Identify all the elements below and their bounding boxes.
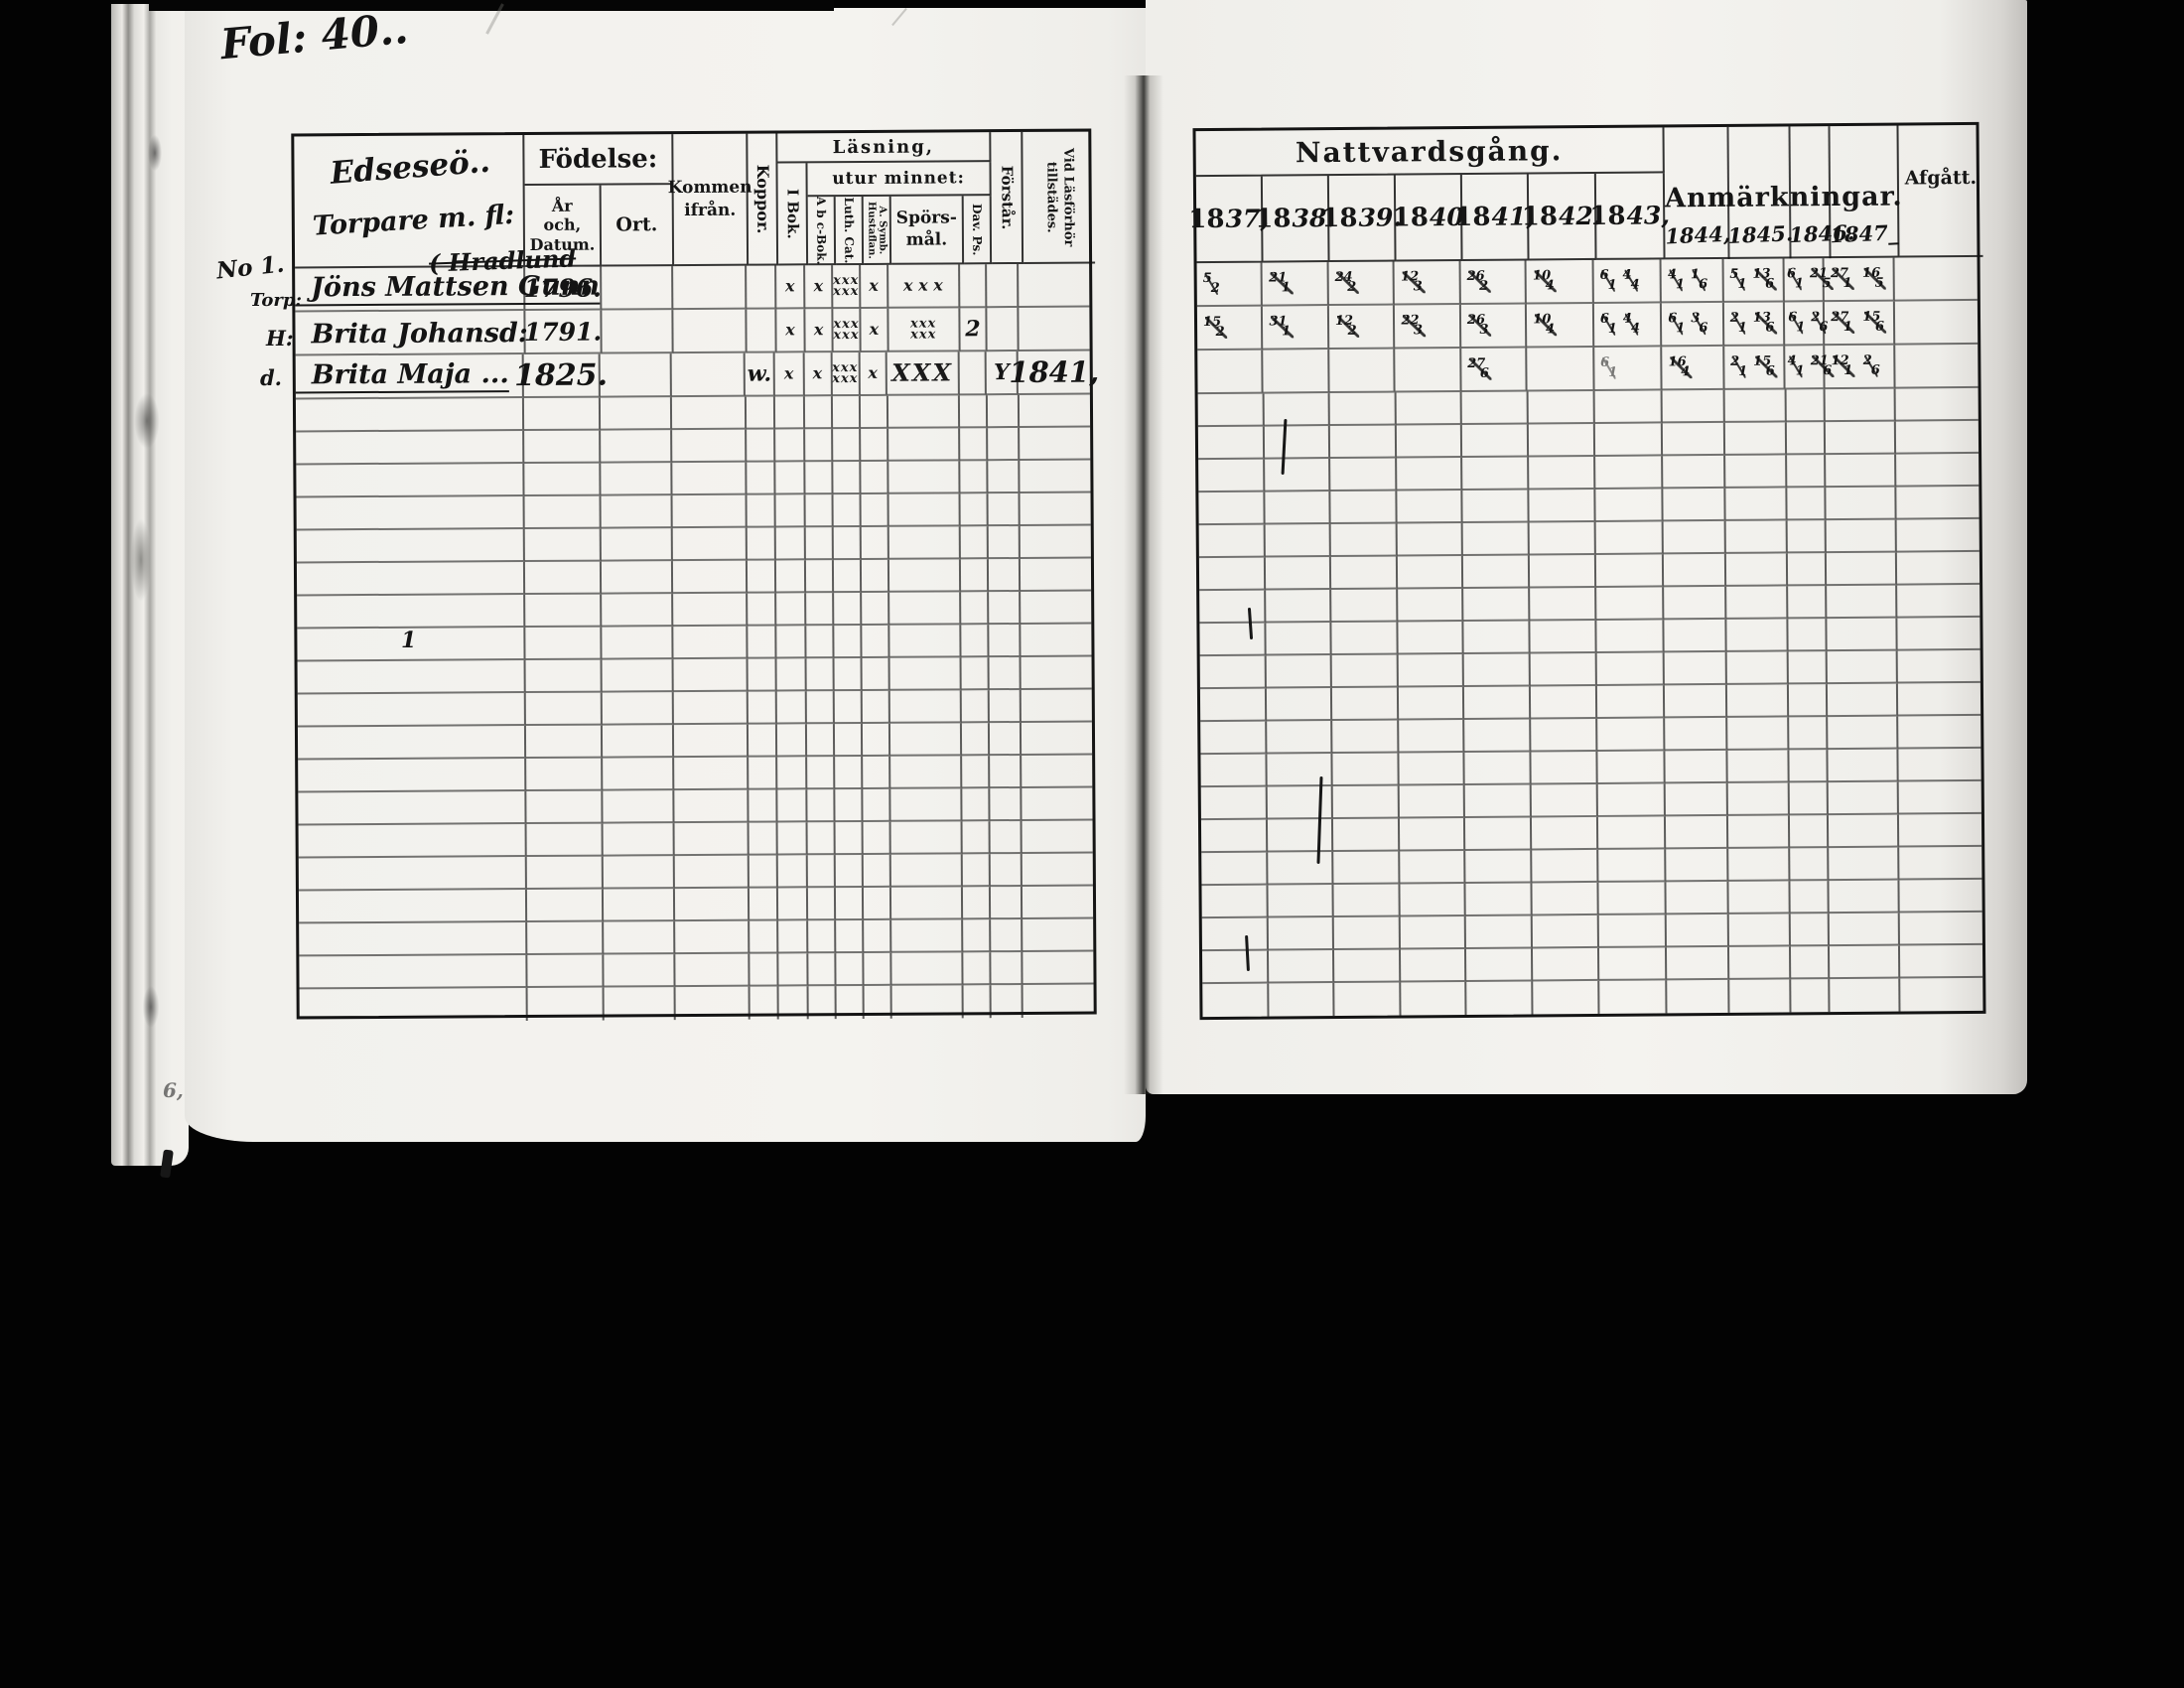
grid-cell-afgatt <box>1895 345 1979 389</box>
grid-cell-y1841 <box>1466 981 1533 1015</box>
grid-cell-y1841 <box>1464 719 1531 753</box>
grid-cell-dav <box>960 395 988 428</box>
grid-cell-y1841 <box>1464 752 1531 785</box>
grid-cell-y1839 <box>1334 983 1401 1017</box>
grid-cell-ibok <box>776 560 806 593</box>
grid-cell-vidlas <box>1021 690 1092 723</box>
grid-cell-y1842 <box>1530 686 1597 720</box>
reading-mark: xxxxxx <box>833 319 859 341</box>
grid-cell-y1844 <box>1666 718 1728 751</box>
table-row <box>298 723 1092 761</box>
header-koppor: Koppor. <box>748 133 778 265</box>
grid-cell-koppor <box>750 986 779 1019</box>
grid-cell-hust <box>863 855 890 888</box>
grid-cell-abc <box>806 560 834 593</box>
communion-date: 6126 <box>1782 312 1826 335</box>
grid-cell-y1847 <box>1828 651 1898 685</box>
grid-cell-y1839 <box>1330 492 1397 525</box>
grid-cell-koppor <box>747 462 776 494</box>
grid-cell-y1845 <box>1728 848 1790 881</box>
grid-cell-koppor <box>748 626 777 658</box>
table-row: 1523111222232631046144613621136612627115… <box>1197 301 1978 351</box>
communion-date: 271156 <box>1825 311 1893 334</box>
grid-cell-kommen <box>675 954 750 987</box>
grid-cell-y1842 <box>1531 752 1598 785</box>
grid-cell-ibok: x <box>776 265 806 309</box>
grid-cell-y1837 <box>1202 951 1269 985</box>
grid-cell-y1845 <box>1725 422 1787 455</box>
grid-cell-y1845 <box>1727 651 1789 684</box>
grid-cell-kommen <box>673 310 747 353</box>
grid-cell-y1837 <box>1199 558 1266 592</box>
grid-cell-y1845 <box>1729 946 1791 979</box>
grid-cell-spors <box>890 854 963 887</box>
grid-cell-y1847 <box>1830 946 1900 980</box>
communion-date: 21136 <box>1724 312 1784 335</box>
grid-cell-y1838 <box>1267 721 1333 755</box>
grid-cell-name: Brita Maja ... <box>296 354 524 399</box>
grid-cell-y1843 <box>1595 456 1664 490</box>
grid-cell-y1843 <box>1597 718 1666 752</box>
grid-cell-y1844 <box>1665 652 1727 685</box>
grid-cell-luth <box>833 462 861 494</box>
grid-cell-y1840 <box>1400 884 1466 917</box>
grid-cell-y1837: 152 <box>1197 307 1264 352</box>
year-column-header: 1841, <box>1462 174 1530 261</box>
header-dav-ps: Dav. Ps. <box>964 196 992 264</box>
communion-date: 6144 <box>1593 269 1660 292</box>
grid-cell-y1837 <box>1201 853 1268 887</box>
handwritten-year-label: 1846. <box>1789 220 1830 247</box>
grid-cell-vidlas <box>1022 788 1093 821</box>
grid-cell-y1837 <box>1200 755 1267 788</box>
grid-cell-spors <box>891 985 964 1018</box>
communion-date: 51136 <box>1723 268 1783 291</box>
handwritten-year-labels: 1844,1845.1846.1847_ <box>1665 221 1899 248</box>
grid-cell-afgatt <box>1897 650 1980 684</box>
grid-cell-y1846 <box>1788 586 1828 619</box>
grid-cell-y1846 <box>1788 619 1828 651</box>
grid-cell-y1842 <box>1532 915 1599 949</box>
grid-cell-forstar <box>991 887 1023 919</box>
grid-cell-koppor <box>747 265 776 309</box>
reading-mark: x <box>784 367 794 381</box>
grid-cell-dav <box>962 788 990 821</box>
grid-cell-ar <box>524 398 601 431</box>
grid-cell-koppor <box>748 593 777 626</box>
grid-cell-koppor <box>750 920 779 953</box>
grid-cell-y1844 <box>1663 423 1725 456</box>
grid-cell-kommen <box>675 921 750 954</box>
grid-cell-y1843 <box>1597 685 1666 719</box>
grid-cell-afgatt <box>1897 585 1980 619</box>
grid-cell-y1839 <box>1331 557 1398 591</box>
grid-cell-afgatt <box>1897 552 1980 586</box>
grid-cell-luth <box>836 953 864 986</box>
grid-cell-kommen <box>673 266 747 310</box>
grid-cell-y1842 <box>1531 784 1598 818</box>
grid-cell-y1845 <box>1725 455 1787 488</box>
communion-date: 242 <box>1329 271 1394 294</box>
grid-cell-hust <box>861 429 888 462</box>
grid-cell-luth <box>835 822 863 855</box>
grid-cell-y1847 <box>1827 553 1897 587</box>
grid-cell-y1840 <box>1398 687 1464 721</box>
grid-cell-kommen <box>673 561 748 594</box>
grid-cell-y1843 <box>1598 849 1667 883</box>
grid-cell-y1847: 271165 <box>1825 258 1895 303</box>
reading-mark: XXX <box>891 362 953 383</box>
table-row <box>300 985 1094 1023</box>
grid-cell-ort <box>604 954 676 987</box>
table-row <box>297 493 1091 531</box>
grid-cell-y1843 <box>1598 816 1667 850</box>
grid-cell-y1838 <box>1269 983 1335 1017</box>
header-forstar: Förstår. <box>991 132 1024 264</box>
grid-cell-spors <box>888 526 961 559</box>
communion-date: 311 <box>1263 316 1327 339</box>
grid-cell-y1838 <box>1265 524 1331 558</box>
grid-cell-y1840 <box>1398 622 1464 655</box>
grid-cell-y1841 <box>1464 686 1531 720</box>
grid-cell-koppor: w. <box>746 352 775 396</box>
table-row: 27661164211564121612126 <box>1197 345 1978 394</box>
year-column-header: 1837, <box>1196 177 1264 264</box>
grid-cell-ibok <box>777 626 807 658</box>
grid-cell-y1847 <box>1826 455 1896 489</box>
grid-cell-y1841 <box>1466 948 1533 982</box>
grid-cell-kommen <box>672 397 747 430</box>
grid-cell-hust: x <box>861 265 888 309</box>
grid-cell-abc <box>808 888 836 920</box>
grid-cell-kommen <box>674 692 749 725</box>
table-row <box>299 854 1093 892</box>
grid-cell-y1841 <box>1462 424 1529 458</box>
reading-mark: 2 <box>965 320 980 339</box>
grid-cell-y1840 <box>1400 916 1466 950</box>
grid-cell-y1843 <box>1596 554 1665 588</box>
grid-cell-luth <box>834 560 862 593</box>
grid-cell-y1841 <box>1463 588 1530 622</box>
grid-cell-name <box>299 955 527 989</box>
grid-cell-abc <box>808 953 836 986</box>
communion-date: 6136 <box>1662 313 1722 336</box>
grid-cell-dav <box>959 352 987 395</box>
table-row: Jöns Mattsen Gunn1796.xxxxxxxxxx x x <box>295 264 1089 313</box>
table-row <box>297 625 1091 662</box>
grid-cell-ort <box>603 758 675 790</box>
table-row <box>296 395 1090 433</box>
grid-cell-y1840 <box>1399 818 1465 852</box>
communion-date: 271165 <box>1825 267 1893 290</box>
grid-cell-hust <box>864 986 891 1019</box>
grid-cell-ar <box>527 922 604 955</box>
grid-cell-ar <box>526 628 603 660</box>
grid-cell-afgatt <box>1900 978 1983 1012</box>
grid-cell-spors <box>891 919 964 952</box>
grid-cell-y1841 <box>1462 490 1529 523</box>
grid-cell-y1843 <box>1596 587 1665 621</box>
grid-cell-dav <box>961 559 989 592</box>
communion-date: 123 <box>1395 271 1459 294</box>
grid-cell-y1845 <box>1727 717 1789 750</box>
grid-cell-y1839 <box>1332 688 1399 722</box>
grid-cell-afgatt <box>1898 716 1981 750</box>
grid-cell-forstar <box>988 395 1020 428</box>
grid-cell-y1847 <box>1827 520 1897 554</box>
scan-top-shadow <box>149 0 834 11</box>
grid-cell-ibok <box>779 986 809 1019</box>
grid-cell-spors <box>889 657 962 690</box>
grid-cell-hust <box>863 789 890 822</box>
communion-date: 164 <box>1663 356 1723 379</box>
grid-cell-y1846 <box>1789 717 1829 750</box>
grid-cell-abc: x <box>806 309 834 352</box>
grid-cell-hust <box>862 691 889 724</box>
grid-cell-ort <box>601 463 673 495</box>
grid-cell-y1842 <box>1528 424 1595 458</box>
grid-cell-forstar <box>988 461 1020 493</box>
grid-cell-spors <box>890 821 963 854</box>
grid-cell-dav: 2 <box>960 308 988 352</box>
communion-date: 104 <box>1527 314 1592 337</box>
grid-cell-forstar <box>991 985 1023 1018</box>
grid-cell-hust <box>863 724 890 757</box>
grid-cell-ort <box>601 528 673 561</box>
grid-cell-y1846: 41216 <box>1785 346 1825 389</box>
resident-name: Brita Maja ... <box>296 358 509 393</box>
grid-cell-y1840 <box>1399 785 1465 819</box>
grid-cell-luth <box>836 855 864 888</box>
grid-cell-afgatt <box>1895 388 1979 422</box>
grid-cell-abc <box>807 658 835 691</box>
grid-cell-koppor <box>747 429 776 462</box>
communion-date: 4116 <box>1662 269 1722 292</box>
grid-cell-ibok <box>777 724 807 757</box>
grid-cell-y1842: 104 <box>1527 304 1594 349</box>
grid-cell-spors <box>887 395 960 428</box>
grid-cell-ibok <box>776 494 806 527</box>
grid-cell-y1840 <box>1399 753 1465 786</box>
grid-cell-y1842 <box>1531 719 1598 753</box>
grid-cell-y1837 <box>1202 918 1269 952</box>
grid-cell-luth: xxxxxx <box>832 352 860 396</box>
row2-margin-note: H: <box>266 326 294 351</box>
grid-cell-hust <box>862 593 889 626</box>
grid-cell-afgatt <box>1894 257 1978 302</box>
birth-year: 1825. <box>514 357 608 393</box>
table-row <box>1202 978 1982 1017</box>
grid-cell-ort <box>603 790 675 823</box>
reading-mark: x <box>813 366 823 380</box>
grid-cell-y1838 <box>1267 786 1333 820</box>
grid-cell-luth <box>835 789 863 822</box>
grid-cell-afgatt <box>1900 945 1983 979</box>
grid-cell-afgatt <box>1899 847 1982 881</box>
grid-cell-afgatt <box>1896 487 1979 520</box>
grid-cell-dav <box>963 854 991 887</box>
grid-cell-y1839 <box>1332 721 1399 755</box>
grid-cell-y1841 <box>1466 915 1533 949</box>
communion-date: 52 <box>1197 272 1262 295</box>
communion-date: 6144 <box>1594 313 1661 336</box>
grid-cell-y1846 <box>1790 848 1830 881</box>
grid-cell-y1845 <box>1726 553 1788 586</box>
grid-cell-y1847 <box>1830 914 1900 947</box>
header-afgatt: Afgått. <box>1905 167 1978 190</box>
grid-cell-name <box>299 890 527 923</box>
grid-cell-y1839 <box>1334 917 1401 951</box>
grid-cell-dav <box>961 526 989 559</box>
grid-cell-dav <box>961 625 989 657</box>
table-row <box>296 461 1090 498</box>
grid-cell-spors: x x x <box>888 264 960 308</box>
grid-cell-y1844 <box>1664 489 1726 521</box>
grid-cell-ar <box>525 595 602 628</box>
grid-cell-luth <box>834 593 862 626</box>
grid-cell-spors <box>888 559 961 592</box>
reading-mark: x <box>870 323 880 337</box>
grid-cell-ibok <box>778 789 808 822</box>
grid-cell-abc <box>808 822 836 855</box>
grid-cell-abc <box>806 527 834 560</box>
grid-cell-y1845 <box>1729 979 1791 1012</box>
grid-cell-y1842 <box>1529 457 1596 491</box>
grid-cell-abc <box>807 789 835 822</box>
grid-cell-y1837 <box>1200 689 1267 723</box>
grid-cell-y1842 <box>1528 391 1595 425</box>
grid-cell-y1844 <box>1666 783 1728 816</box>
grid-cell-y1844 <box>1665 620 1727 652</box>
grid-cell-koppor <box>748 724 777 757</box>
grid-cell-y1837 <box>1200 722 1267 756</box>
grid-cell-y1840 <box>1400 949 1466 983</box>
grid-cell-y1842 <box>1530 621 1597 654</box>
reading-mark: x <box>814 323 824 337</box>
grid-cell-ar <box>527 857 604 890</box>
grid-cell-ort <box>600 353 672 397</box>
handwritten-year-label: 1844, <box>1665 221 1728 249</box>
grid-cell-ibok <box>777 658 807 691</box>
reading-mark: Y <box>994 363 1010 382</box>
grid-cell-y1845 <box>1726 619 1788 651</box>
grid-cell-y1846 <box>1789 750 1829 782</box>
grid-cell-y1838 <box>1268 885 1334 918</box>
grid-cell-dav <box>960 264 988 308</box>
row3-margin-note: d. <box>260 365 282 390</box>
year-column-header: 1840 <box>1396 175 1463 262</box>
grid-cell-vidlas <box>1020 559 1091 592</box>
grid-cell-y1837: 52 <box>1197 263 1264 308</box>
grid-cell-y1844 <box>1665 587 1727 620</box>
grid-cell-abc <box>806 593 834 626</box>
grid-cell-ibok <box>777 757 807 789</box>
grid-cell-hust <box>861 396 888 429</box>
grid-cell-y1840 <box>1397 523 1463 557</box>
grid-cell-y1846: 6126 <box>1785 302 1825 346</box>
grid-cell-y1843 <box>1599 947 1668 981</box>
grid-cell-vidlas <box>1022 756 1093 788</box>
grid-cell-y1840 <box>1396 349 1462 393</box>
grid-cell-name <box>296 398 524 432</box>
grid-cell-ar: 1825. <box>523 354 600 398</box>
grid-cell-y1838 <box>1264 350 1330 394</box>
grid-cell-hust: x <box>860 352 887 396</box>
communion-date: 41216 <box>1782 355 1828 378</box>
grid-cell-ibok <box>775 429 805 462</box>
grid-cell-name <box>299 857 527 891</box>
grid-cell-hust <box>861 462 888 494</box>
grid-cell-y1840 <box>1397 491 1463 524</box>
grid-cell-y1843 <box>1598 783 1667 817</box>
grid-cell-luth: xxxxxx <box>833 265 861 309</box>
grid-cell-ar <box>524 431 601 464</box>
header-anmarkningar-cell: Anmärkningar. 1844,1845.1846.1847_ <box>1664 126 1899 260</box>
grid-cell-hust <box>864 888 891 920</box>
grid-cell-vidlas <box>1020 493 1091 526</box>
grid-cell-y1841 <box>1465 883 1532 916</box>
grid-cell-forstar <box>988 428 1020 461</box>
grid-cell-y1847 <box>1828 717 1898 751</box>
grid-cell-afgatt <box>1896 421 1979 455</box>
grid-cell-y1837 <box>1198 427 1265 461</box>
grid-cell-luth <box>836 888 864 920</box>
grid-cell-kommen <box>673 594 748 627</box>
grid-cell-y1838 <box>1265 492 1331 525</box>
grid-cell-abc: x <box>804 352 832 396</box>
grid-cell-hust <box>862 658 889 691</box>
grid-cell-y1844: 164 <box>1662 347 1724 390</box>
grid-cell-y1842 <box>1532 883 1599 916</box>
grid-cell-luth <box>833 494 861 527</box>
grid-cell-y1838 <box>1266 655 1332 689</box>
table-row <box>298 788 1092 826</box>
grid-cell-y1839 <box>1330 393 1397 427</box>
grid-cell-y1840 <box>1401 982 1467 1016</box>
grid-cell-y1845: 21156 <box>1724 346 1786 389</box>
grid-cell-koppor <box>748 658 777 691</box>
grid-cell-kommen <box>674 725 749 758</box>
grid-cell-y1838 <box>1267 819 1333 853</box>
grid-cell-ibok <box>776 462 806 494</box>
grid-cell-y1846 <box>1789 782 1829 815</box>
grid-cell-forstar <box>988 493 1020 526</box>
grid-cell-y1838: 211 <box>1263 262 1329 307</box>
grid-cell-ibok <box>775 396 805 429</box>
grid-cell-forstar <box>990 821 1022 854</box>
grid-cell-vidlas <box>1023 952 1094 985</box>
grid-cell-vidlas <box>1020 526 1091 559</box>
grid-cell-vidlas <box>1023 985 1094 1018</box>
grid-cell-y1838 <box>1268 852 1334 886</box>
grid-cell-y1843 <box>1598 882 1667 915</box>
grid-cell-kommen <box>676 987 751 1020</box>
grid-cell-luth <box>836 986 864 1019</box>
grid-cell-y1841 <box>1464 653 1531 687</box>
grid-cell-y1837 <box>1199 591 1266 625</box>
grid-cell-y1846 <box>1789 815 1829 848</box>
grid-cell-y1846 <box>1791 946 1831 979</box>
communion-date: 21156 <box>1724 355 1784 378</box>
grid-cell-ort <box>603 725 675 758</box>
grid-cell-y1847 <box>1830 881 1900 914</box>
grid-cell-koppor <box>747 527 776 560</box>
grid-cell-afgatt <box>1897 618 1980 651</box>
grid-cell-y1837 <box>1198 492 1265 526</box>
grid-cell-dav <box>960 428 988 461</box>
table-row <box>299 887 1093 924</box>
grid-cell-luth <box>834 527 862 560</box>
